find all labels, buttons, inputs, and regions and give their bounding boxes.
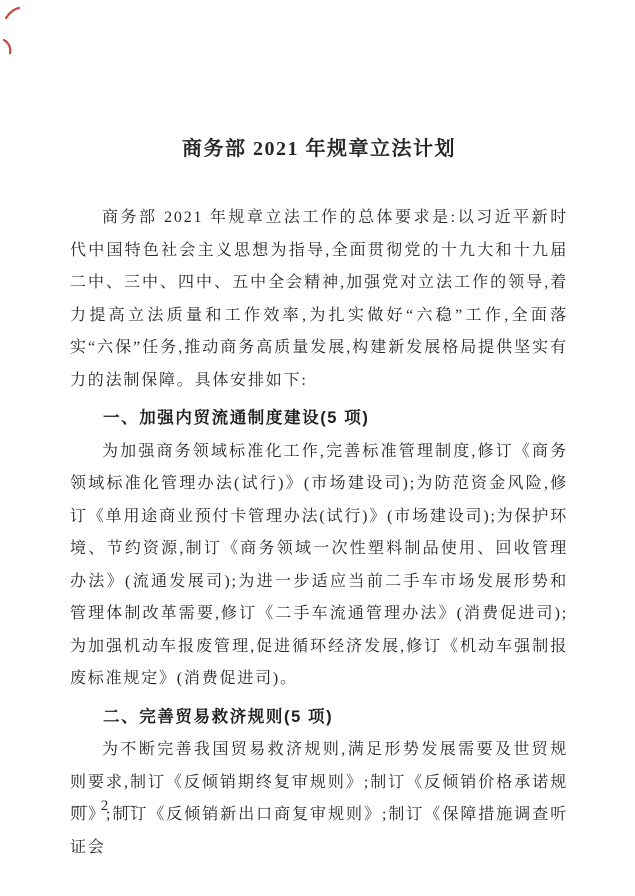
- section-1-body-paragraph: 为加强商务领域标准化工作,完善标准管理制度,修订《商务领域标准化管理办法(试行)…: [70, 436, 568, 696]
- red-ink-mark-icon: [4, 6, 20, 20]
- scanned-document-page: 商务部 2021 年规章立法计划 商务部 2021 年规章立法工作的总体要求是:…: [0, 0, 635, 896]
- section-2-body-paragraph: 为不断完善我国贸易救济规则,满足形势发展需要及世贸规则要求,制订《反倾销期终复审…: [70, 734, 568, 864]
- document-title: 商务部 2021 年规章立法计划: [70, 136, 568, 162]
- page-number: — 2 —: [72, 798, 142, 815]
- red-ink-mark-icon: [2, 38, 16, 55]
- section-heading-1: 一、加强内贸流通制度建设(5 项): [70, 402, 568, 435]
- intro-paragraph: 商务部 2021 年规章立法工作的总体要求是:以习近平新时代中国特色社会主义思想…: [70, 202, 568, 397]
- section-heading-2: 二、完善贸易救济规则(5 项): [70, 701, 568, 734]
